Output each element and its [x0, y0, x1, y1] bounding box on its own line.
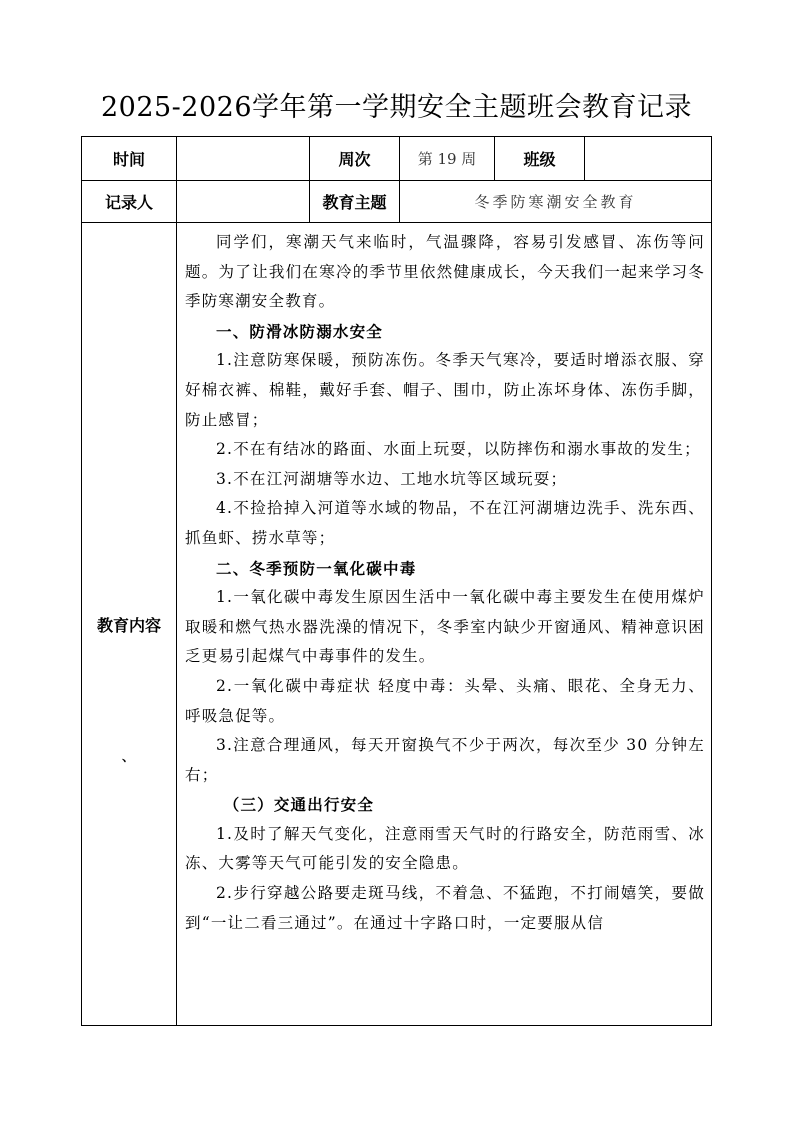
time-value[interactable]: [177, 137, 310, 181]
time-label: 时间: [82, 137, 177, 181]
list-item: 2.一氧化碳中毒症状 轻度中毒：头晕、头痛、眼花、全身无力、呼吸急促等。: [185, 672, 705, 731]
list-item: 4.不捡拾掉入河道等水域的物品，不在江河湖塘边洗手、洗东西、抓鱼虾、捞水草等；: [185, 494, 705, 553]
section-heading-3: （三）交通出行安全: [185, 790, 705, 820]
class-value[interactable]: [585, 137, 712, 181]
table-row-recorder: 记录人 教育主题 冬季防寒潮安全教育: [82, 181, 712, 223]
record-table: 时间 周次 第 19 周 班级 记录人 教育主题 冬季防寒潮安全教育 教育内容 …: [81, 136, 712, 1026]
section-heading-1: 一、防滑冰防溺水安全: [185, 317, 705, 347]
theme-label: 教育主题: [310, 181, 400, 223]
content-label: 教育内容: [97, 616, 161, 635]
content-label-cell: 教育内容 、: [82, 223, 177, 1026]
list-item: 1.注意防寒保暖，预防冻伤。冬季天气寒冷，要适时增添衣服、穿好棉衣裤、棉鞋，戴好…: [185, 346, 705, 435]
intro-paragraph: 同学们，寒潮天气来临时，气温骤降，容易引发感冒、冻伤等问题。为了让我们在寒冷的季…: [185, 228, 705, 317]
list-item: 2.步行穿越公路要走斑马线，不着急、不猛跑，不打闹嬉笑，要做到“一让二看三通过”…: [185, 879, 705, 938]
week-label: 周次: [310, 137, 400, 181]
stray-mark: 、: [122, 748, 134, 765]
table-row-content: 教育内容 、 同学们，寒潮天气来临时，气温骤降，容易引发感冒、冻伤等问题。为了让…: [82, 223, 712, 1026]
list-item: 3.不在江河湖塘等水边、工地水坑等区域玩耍；: [185, 465, 705, 495]
class-label: 班级: [495, 137, 585, 181]
table-row-time: 时间 周次 第 19 周 班级: [82, 137, 712, 181]
list-item: 2.不在有结冰的路面、水面上玩耍，以防摔伤和溺水事故的发生；: [185, 435, 705, 465]
list-item: 1.及时了解天气变化，注意雨雪天气时的行路安全，防范雨雪、冰冻、大雾等天气可能引…: [185, 820, 705, 879]
document-title: 2025-2026学年第一学期安全主题班会教育记录: [0, 86, 793, 130]
theme-value[interactable]: 冬季防寒潮安全教育: [400, 181, 712, 223]
recorder-label: 记录人: [82, 181, 177, 223]
recorder-value[interactable]: [177, 181, 310, 223]
list-item: 3.注意合理通风，每天开窗换气不少于两次，每次至少 30 分钟左右；: [185, 731, 705, 790]
content-body[interactable]: 同学们，寒潮天气来临时，气温骤降，容易引发感冒、冻伤等问题。为了让我们在寒冷的季…: [177, 223, 712, 1026]
week-value[interactable]: 第 19 周: [400, 137, 495, 181]
section-heading-2: 二、冬季预防一氧化碳中毒: [185, 554, 705, 584]
list-item: 1.一氧化碳中毒发生原因生活中一氧化碳中毒主要发生在使用煤炉取暖和燃气热水器洗澡…: [185, 583, 705, 672]
